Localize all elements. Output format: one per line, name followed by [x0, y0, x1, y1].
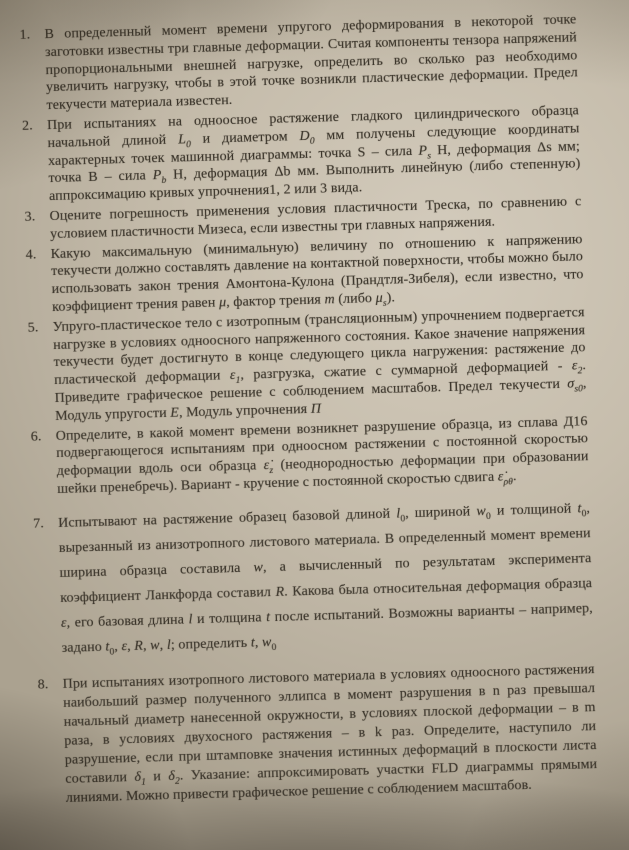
- text-run: 0: [271, 642, 276, 652]
- item-text: Определите, в какой момент времени возни…: [56, 413, 590, 499]
- problem-item: 2.При испытаниях на одноосное растяжение…: [19, 102, 581, 207]
- item-number: 2.: [19, 117, 49, 207]
- text-run: w: [262, 635, 272, 650]
- item-number: 7.: [30, 511, 62, 662]
- text-run: и диаметром: [191, 129, 300, 147]
- problem-item: 8.При испытаниях изотропного листового м…: [34, 660, 597, 809]
- item-number: 1.: [16, 26, 46, 116]
- text-run: E: [170, 405, 179, 420]
- problem-item: 7.Испытывают на растяжение образец базов…: [30, 496, 594, 662]
- text-run: P: [153, 168, 162, 183]
- item-text: Испытывают на растяжение образец базовой…: [58, 496, 594, 661]
- problem-item: 4.Какую максимальную (минимальную) велич…: [22, 231, 584, 318]
- problem-list: 1.В определенный момент времени упругого…: [16, 9, 598, 808]
- text-run: , его базовая длина: [66, 612, 188, 630]
- text-run: Испытывают на растяжение образец базовой…: [58, 506, 396, 530]
- item-number: 5.: [24, 319, 55, 427]
- text-run: , шириной: [405, 504, 477, 521]
- problem-item: 5.Упруго-пластическое тело с изотропным …: [24, 304, 587, 426]
- item-text: При испытаниях на одноосное растяжение г…: [47, 102, 581, 206]
- text-run: w: [150, 638, 160, 653]
- item-text: В определенный момент времени упругого д…: [44, 11, 578, 115]
- text-run: ; определить: [171, 635, 251, 652]
- text-run: w: [476, 504, 486, 519]
- text-run: и толщина: [192, 610, 266, 627]
- text-run: П: [311, 401, 322, 416]
- text-run: В определенный момент времени упругого д…: [44, 12, 578, 113]
- problem-item: 6.Определите, в какой момент времени воз…: [28, 413, 590, 500]
- text-run: w: [253, 560, 263, 575]
- item-number: 3.: [21, 208, 50, 244]
- item-number: 6.: [28, 428, 58, 500]
- problem-item: 1.В определенный момент времени упругого…: [16, 11, 578, 116]
- item-number: 8.: [34, 675, 66, 809]
- text-run: .: [513, 469, 517, 484]
- text-run: (либо: [335, 291, 376, 307]
- text-run: R: [275, 584, 284, 599]
- text-run: ).: [386, 290, 395, 305]
- text-run: m: [324, 292, 335, 307]
- text-run: , фактор трения: [226, 292, 325, 310]
- text-run: и толщиной: [491, 501, 578, 518]
- item-text: При испытаниях изотропного листового мат…: [62, 660, 598, 808]
- text-run: D: [299, 129, 310, 144]
- text-run: , Модуль упрочнения: [179, 402, 311, 421]
- text-run: ρθ: [503, 477, 513, 487]
- item-number: 4.: [22, 246, 52, 318]
- item-text: Какую максимальную (минимальную) величин…: [50, 231, 584, 317]
- item-text: Упруго-пластическое тело с изотропным (т…: [52, 304, 587, 426]
- text-run: и: [146, 769, 169, 785]
- text-run: . Какова была относительная деформация о…: [284, 576, 592, 600]
